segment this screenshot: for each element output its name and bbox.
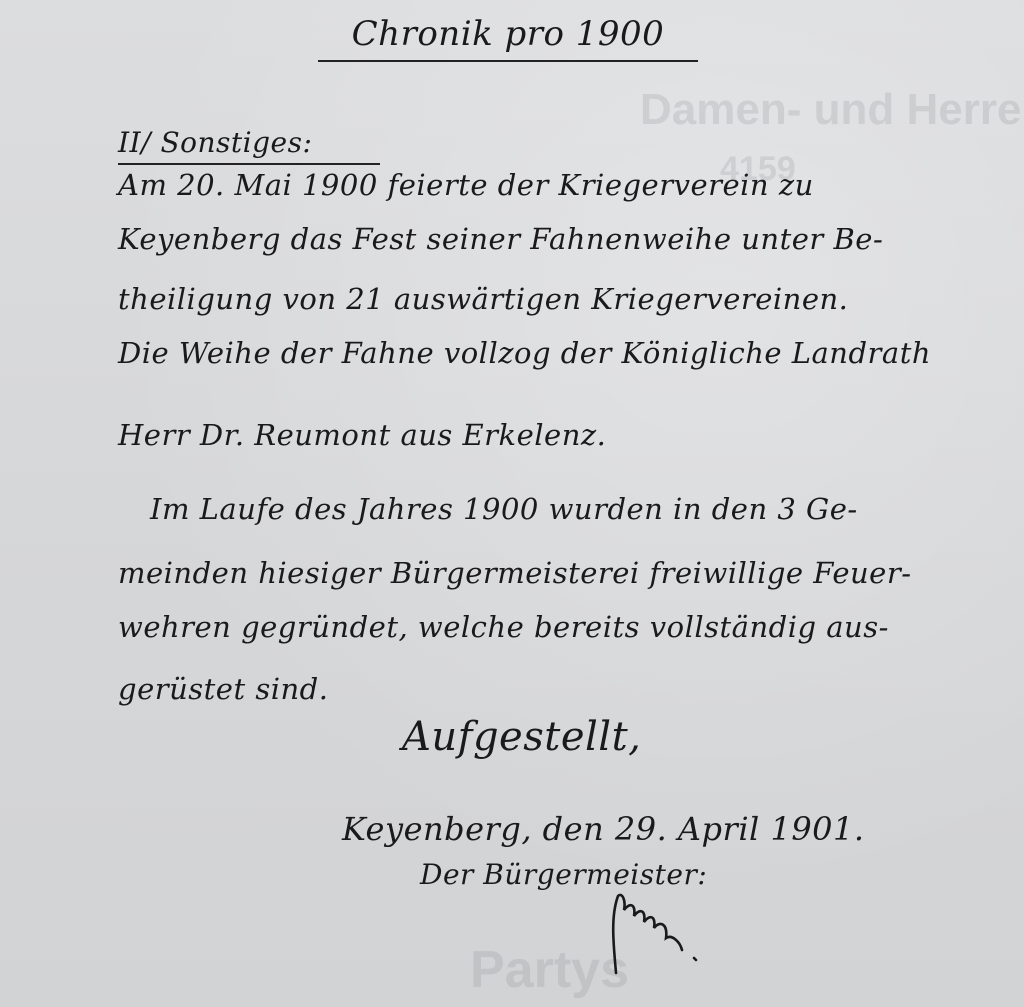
signature-icon <box>596 888 706 978</box>
closing-aufgestellt: Aufgestellt, <box>402 714 641 760</box>
document-title: Chronik pro 1900 <box>318 14 698 62</box>
text-line: wehren gegründet, welche bereits vollstä… <box>118 610 889 644</box>
closing-place-date: Keyenberg, den 29. April 1901. <box>342 810 865 848</box>
text-line: Die Weihe der Fahne vollzog der Königlic… <box>118 336 931 370</box>
section-heading: II/ Sonstiges: <box>118 126 380 165</box>
text-line: Herr Dr. Reumont aus Erkelenz. <box>118 418 606 452</box>
text-line: Keyenberg das Fest seiner Fahnenweihe un… <box>118 222 883 256</box>
text-line: theiligung von 21 auswärtigen Kriegerver… <box>118 282 848 316</box>
text-line: gerüstet sind. <box>118 672 328 706</box>
closing-role: Der Bürgermeister: <box>420 858 707 891</box>
text-line: meinden hiesiger Bürgermeisterei freiwil… <box>118 556 912 590</box>
text-line: Am 20. Mai 1900 feierte der Kriegerverei… <box>118 168 814 202</box>
text-line: Im Laufe des Jahres 1900 wurden in den 3… <box>150 492 858 526</box>
